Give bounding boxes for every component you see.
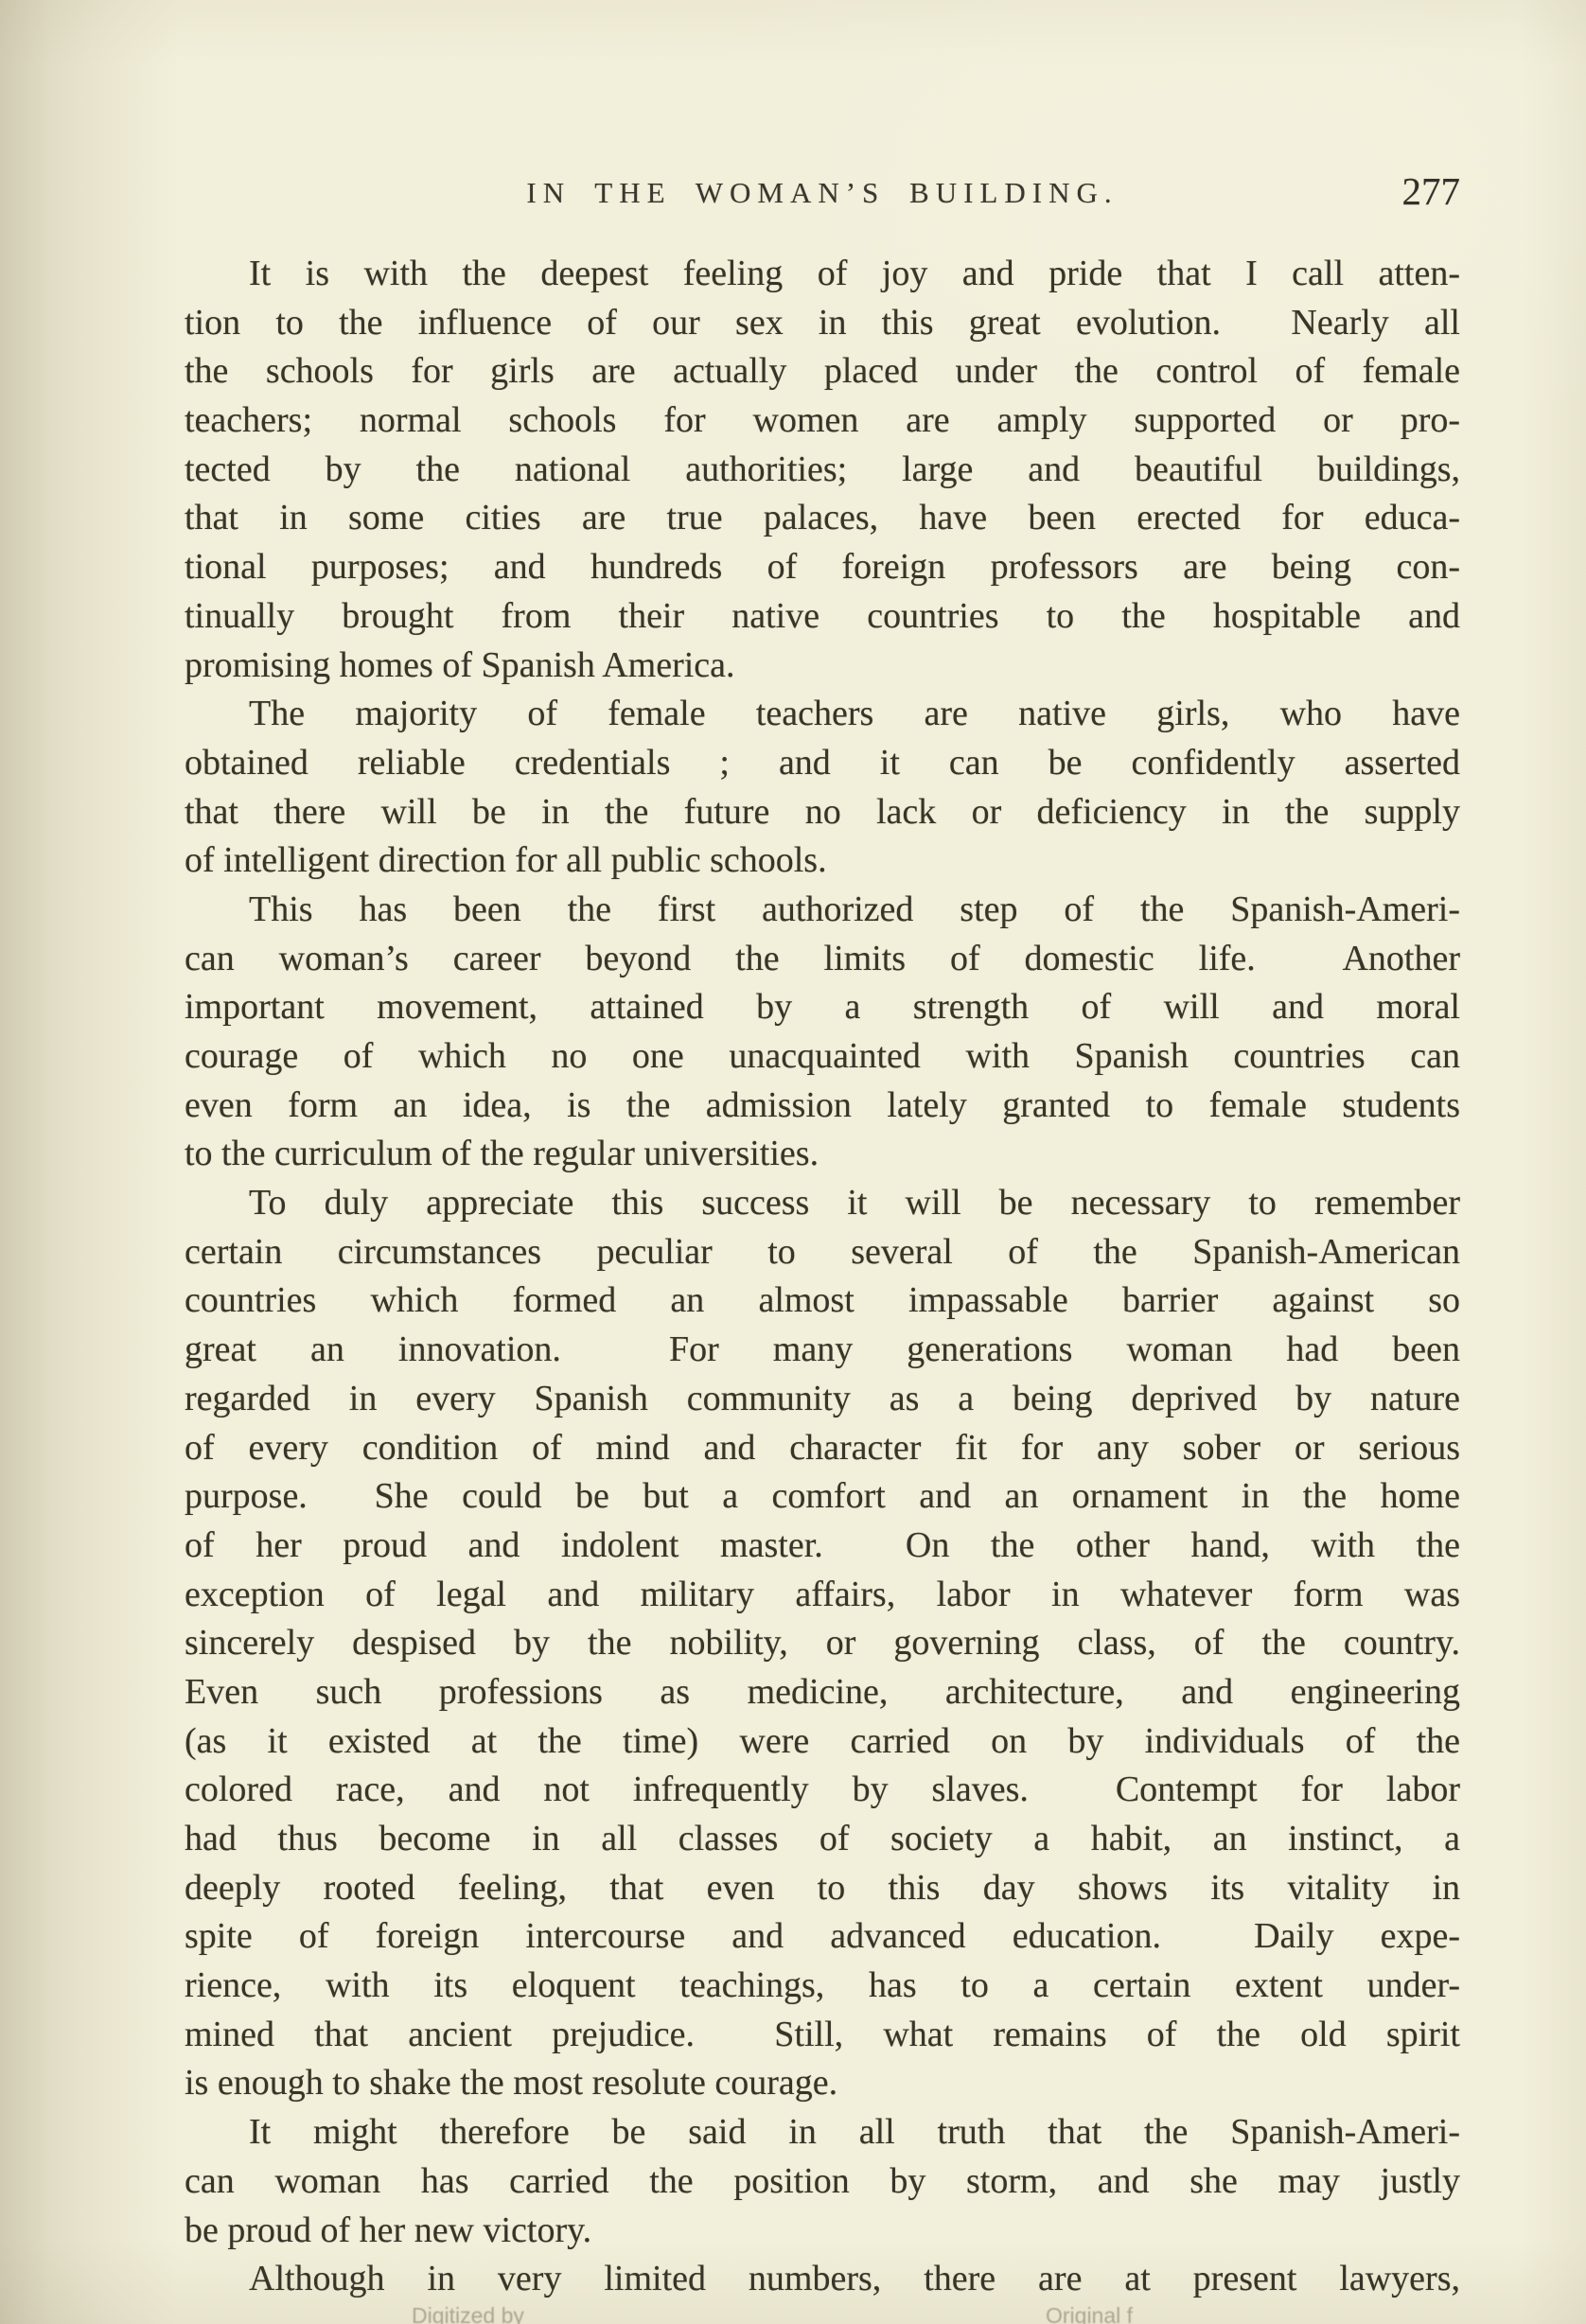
text-line: obtained reliable credentials ; and it c…	[185, 739, 1460, 788]
text-line: had thus become in all classes of societ…	[185, 1815, 1460, 1864]
text-line: purpose. She could be but a comfort and …	[185, 1472, 1460, 1522]
text-line: even form an idea, is the admission late…	[185, 1082, 1460, 1131]
scan-footer-right: Original f	[1046, 2303, 1133, 2324]
text-line: rience, with its eloquent teachings, has…	[185, 1962, 1460, 2011]
text-line: mined that ancient prejudice. Still, wha…	[185, 2011, 1460, 2060]
text-line: the schools for girls are actually place…	[185, 347, 1460, 396]
text-line: certain circumstances peculiar to severa…	[185, 1228, 1460, 1277]
text-line: Although in very limited numbers, there …	[185, 2255, 1460, 2304]
text-line: is enough to shake the most resolute cou…	[185, 2059, 1460, 2108]
text-line: can woman has carried the position by st…	[185, 2157, 1460, 2207]
text-line: tected by the national authorities; larg…	[185, 446, 1460, 495]
text-line: This has been the first authorized step …	[185, 886, 1460, 935]
text-line: spite of foreign intercourse and advance…	[185, 1912, 1460, 1962]
text-line: tinually brought from their native count…	[185, 592, 1460, 642]
text-line: teachers; normal schools for women are a…	[185, 396, 1460, 446]
text-line: important movement, attained by a streng…	[185, 983, 1460, 1032]
text-line: countries which formed an almost impassa…	[185, 1276, 1460, 1326]
text-line: be proud of her new victory.	[185, 2207, 1460, 2256]
text-line: of every condition of mind and character…	[185, 1424, 1460, 1473]
text-line: of her proud and indolent master. On the…	[185, 1522, 1460, 1571]
text-line: (as it existed at the time) were carried…	[185, 1717, 1460, 1767]
text-line: regarded in every Spanish community as a…	[185, 1375, 1460, 1424]
text-line: can woman’s career beyond the limits of …	[185, 935, 1460, 984]
text-line: It is with the deepest feeling of joy an…	[185, 250, 1460, 299]
text-line: sincerely despised by the nobility, or g…	[185, 1619, 1460, 1668]
page-number: 277	[1402, 168, 1461, 214]
text-line: To duly appreciate this success it will …	[185, 1179, 1460, 1228]
text-line: tional purposes; and hundreds of foreign…	[185, 543, 1460, 592]
text-line: Even such professions as medicine, archi…	[185, 1668, 1460, 1717]
text-line: colored race, and not infrequently by sl…	[185, 1766, 1460, 1815]
text-line: exception of legal and military affairs,…	[185, 1571, 1460, 1620]
text-column: It is with the deepest feeling of joy an…	[185, 250, 1460, 2304]
text-line: of intelligent direction for all public …	[185, 836, 1460, 886]
text-line: that in some cities are true palaces, ha…	[185, 494, 1460, 543]
text-line: promising homes of Spanish America.	[185, 642, 1460, 691]
text-line: The majority of female teachers are nati…	[185, 690, 1460, 739]
text-line: to the curriculum of the regular univers…	[185, 1130, 1460, 1179]
text-line: tion to the influence of our sex in this…	[185, 299, 1460, 348]
text-line: It might therefore be said in all truth …	[185, 2108, 1460, 2157]
text-line: deeply rooted feeling, that even to this…	[185, 1864, 1460, 1913]
text-line: that there will be in the future no lack…	[185, 788, 1460, 837]
text-line: courage of which no one unacquainted wit…	[185, 1032, 1460, 1082]
text-line: great an innovation. For many generation…	[185, 1326, 1460, 1375]
book-page: IN THE WOMAN’S BUILDING. 277 It is with …	[0, 0, 1586, 2324]
running-header: IN THE WOMAN’S BUILDING.	[185, 176, 1460, 210]
scan-footer-left: Digitized by	[412, 2303, 524, 2324]
